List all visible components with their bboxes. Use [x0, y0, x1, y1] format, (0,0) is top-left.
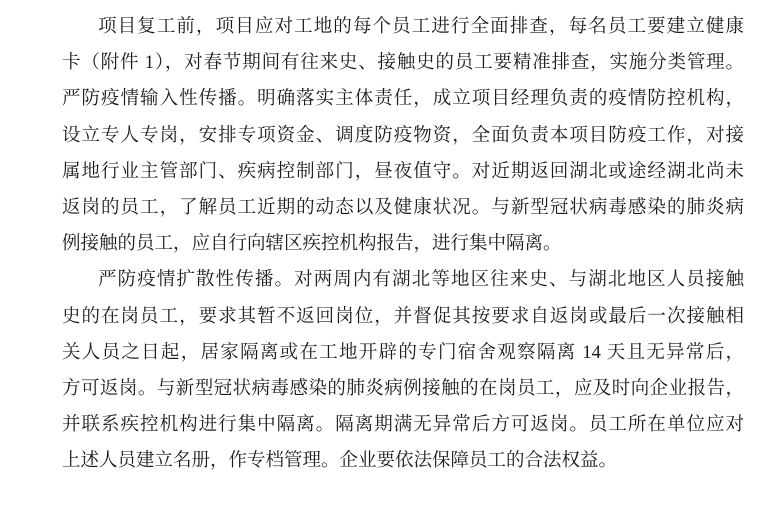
text-line: 史的在岗员工，要求其暂不返回岗位，并督促其按要求自返岗或最后一次接触相	[62, 299, 744, 335]
text-line: 项目复工前，项目应对工地的每个员工进行全面排查，每名员工要建立健康	[62, 9, 744, 45]
text-line: 关人员之日起，居家隔离或在工地开辟的专门宿舍观察隔离 14 天且无异常后，	[62, 335, 744, 371]
text-line: 严防疫情输入性传播。明确落实主体责任，成立项目经理负责的疫情防控机构，	[62, 81, 744, 117]
text-line: 并联系疾控机构进行集中隔离。隔离期满无异常后方可返岗。员工所在单位应对	[62, 407, 744, 443]
document-page: 项目复工前，项目应对工地的每个员工进行全面排查，每名员工要建立健康 卡（附件 1…	[0, 0, 780, 515]
text-line: 属地行业主管部门、疾病控制部门，昼夜值守。对近期返回湖北或途经湖北尚未	[62, 154, 744, 190]
text-line: 严防疫情扩散性传播。对两周内有湖北等地区往来史、与湖北地区人员接触	[62, 262, 744, 298]
text-line: 设立专人专岗，安排专项资金、调度防疫物资，全面负责本项目防疫工作，对接	[62, 118, 744, 154]
text-line: 返岗的员工，了解员工近期的动态以及健康状况。与新型冠状病毒感染的肺炎病	[62, 190, 744, 226]
text-line: 卡（附件 1），对春节期间有往来史、接触史的员工要精准排查，实施分类管理。	[62, 45, 744, 81]
text-line: 方可返岗。与新型冠状病毒感染的肺炎病例接触的在岗员工，应及时向企业报告，	[62, 371, 744, 407]
paragraph-1: 项目复工前，项目应对工地的每个员工进行全面排查，每名员工要建立健康 卡（附件 1…	[62, 9, 744, 262]
paragraph-2: 严防疫情扩散性传播。对两周内有湖北等地区往来史、与湖北地区人员接触 史的在岗员工…	[62, 262, 744, 479]
text-line: 上述人员建立名册，作专档管理。企业要依法保障员工的合法权益。	[62, 443, 744, 479]
text-line: 例接触的员工，应自行向辖区疾控机构报告，进行集中隔离。	[62, 226, 744, 262]
